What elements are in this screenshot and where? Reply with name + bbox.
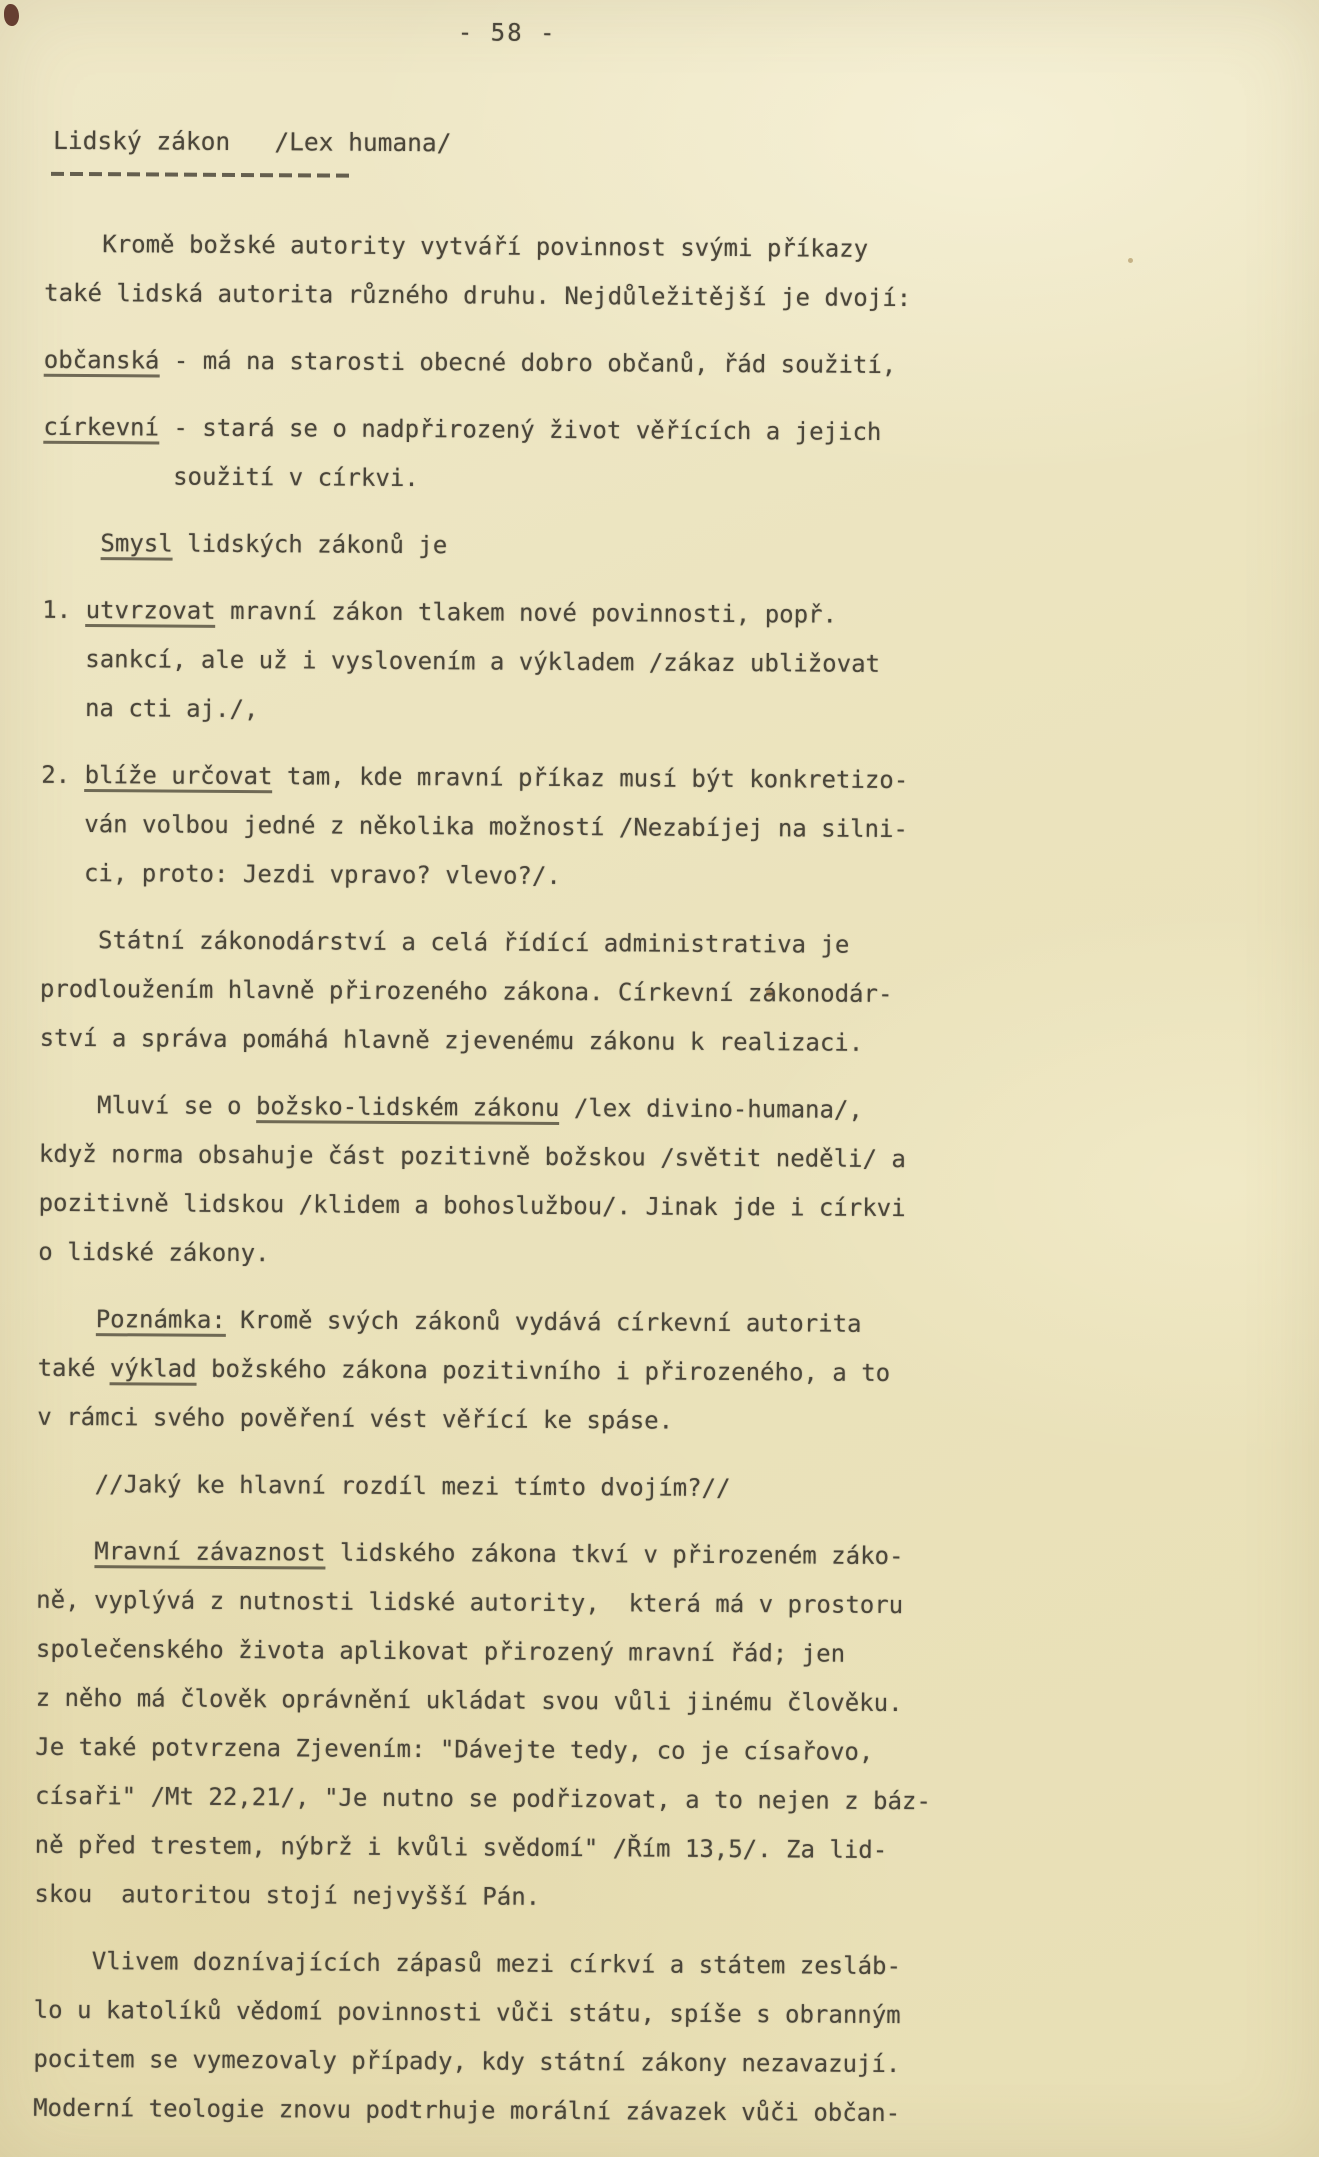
text-line: ství a správa pomáhá hlavně zjevenému zá… [40,1014,936,1068]
text-line: o lidské zákony. [38,1228,934,1282]
paragraph: církevní - stará se o nadpřirozený život… [43,403,939,506]
text-segment: ně, vyplývá z nutnosti lidské autority, … [36,1586,903,1619]
text-segment: také [38,1354,110,1382]
text-line: 2. blíže určovat tam, kde mravní příkaz … [41,751,937,805]
text-line: skou autoritou stojí nejvyšší Pán. [34,1870,930,1924]
paragraph: 1. utvrzovat mravní zákon tlakem nové po… [42,586,939,738]
title-underline [51,172,351,178]
text-segment: božského zákona pozitivního i přirozenéh… [197,1355,891,1387]
text-line: 1. utvrzovat mravní zákon tlakem nové po… [42,586,938,640]
text-line: také lidská autorita různého druhu. Nejd… [44,269,940,323]
text-segment: lo u katolíků vědomí povinnosti vůči stá… [34,1996,901,2029]
text-segment: když norma obsahuje část pozitivně božsk… [39,1140,906,1173]
text-segment: ství a správa pomáhá hlavně zjevenému zá… [40,1024,864,1057]
paragraph: //Jaký ke hlavní rozdíl mezi tímto dvojí… [37,1460,933,1514]
text-line: Státní zákonodárství a celá řídící admin… [40,916,936,970]
underlined-text: utvrzovat [86,596,216,628]
text-segment: lidského zákona tkví v přirozeném záko- [325,1539,903,1571]
paragraph: Smysl lidských zákonů je [43,519,939,573]
paragraph: Mravní závaznost lidského zákona tkví v … [34,1527,932,1924]
text-line: Je také potvrzena Zjevením: "Dávejte ted… [35,1723,931,1777]
text-segment: na cti aj./, [42,694,259,723]
text-segment: také lidská autorita různého druhu. Nejd… [44,279,911,312]
text-segment: //Jaký ke hlavní rozdíl mezi tímto dvojí… [37,1470,731,1502]
text-line: v rámci svého pověření vést věřící ke sp… [37,1393,933,1447]
text-line: Kromě božské autority vytváří povinnost … [44,220,940,274]
text-segment: společenského života aplikovat přirozený… [36,1635,845,1668]
text-line: prodloužením hlavně přirozeného zákona. … [40,965,936,1019]
text-line: Moderní teologie znovu podtrhuje morální… [33,2084,929,2138]
text-segment [43,529,101,557]
underlined-text: božsko-lidském zákonu [256,1092,560,1125]
text-segment: soužití v církvi. [43,462,419,492]
text-segment: ván volbou jedné z několika možností /Ne… [41,810,908,843]
underlined-text: Mravní závaznost [94,1537,325,1569]
text-line: sankcí, ale už i vyslovením a výkladem /… [42,635,938,689]
typewritten-content: - 58 - Lidský zákon /Lex humana/ Kromě b… [0,0,1319,2157]
text-line: soužití v církvi. [43,452,939,506]
text-line: také výklad božského zákona pozitivního … [37,1344,933,1398]
underlined-text: občanská [44,346,160,378]
text-segment: Moderní teologie znovu podtrhuje morální… [33,2094,900,2127]
text-segment: Kromě božské autority vytváří povinnost … [44,230,868,263]
text-line: ván volbou jedné z několika možností /Ne… [41,800,937,854]
text-line: Mravní závaznost lidského zákona tkví v … [36,1527,932,1581]
text-line: ci, proto: Jezdi vpravo? vlevo?/. [41,849,937,903]
underlined-text: výklad [110,1354,197,1386]
scanned-page: - 58 - Lidský zákon /Lex humana/ Kromě b… [0,0,1319,2157]
text-segment: Mluví se o [39,1091,256,1120]
text-segment: Státní zákonodárství a celá řídící admin… [40,926,849,959]
text-line: pozitivně lidskou /klidem a bohoslužbou/… [38,1179,934,1233]
text-segment: z něho má člověk oprávnění ukládat svou … [36,1684,903,1717]
text-segment: o lidské zákony. [38,1238,269,1267]
text-segment: sankcí, ale už i vyslovením a výkladem /… [42,645,880,678]
text-line: císaři" /Mt 22,21/, "Je nutno se podřizo… [35,1772,931,1826]
text-line: společenského života aplikovat přirozený… [36,1625,932,1679]
text-segment: 1. [42,596,86,624]
text-line: občanská - má na starosti obecné dobro o… [44,336,940,390]
text-segment: Vlivem doznívajících zápasů mezi církví … [34,1947,901,1980]
text-line: církevní - stará se o nadpřirozený život… [43,403,939,457]
text-segment: prodloužením hlavně přirozeného zákona. … [40,975,893,1008]
text-segment: lidských zákonů je [173,530,448,560]
text-segment [38,1305,96,1333]
text-segment: Kromě svých zákonů vydává církevní autor… [226,1306,862,1338]
text-segment: - má na starosti obecné dobro občanů, řá… [159,346,896,379]
text-segment: 2. [41,761,85,789]
paragraph: Mluví se o božsko-lidském zákonu /lex di… [38,1081,935,1282]
text-segment: pocitem se vymezovaly případy, kdy státn… [33,2045,900,2078]
underlined-text: církevní [43,413,159,445]
text-segment [36,1537,94,1565]
text-segment: v rámci svého pověření vést věřící ke sp… [37,1403,673,1435]
text-line: z něho má člověk oprávnění ukládat svou … [35,1674,931,1728]
text-segment: tam, kde mravní příkaz musí být konkreti… [272,762,908,794]
paragraph: Poznámka: Kromě svých zákonů vydává círk… [37,1295,934,1447]
paragraph: 2. blíže určovat tam, kde mravní příkaz … [41,751,938,903]
document-body: Kromě božské autority vytváří povinnost … [33,220,941,2138]
text-segment: ně před trestem, nýbrž i kvůli svědomí" … [35,1831,888,1864]
text-line: Poznámka: Kromě svých zákonů vydává círk… [38,1295,934,1349]
text-line: když norma obsahuje část pozitivně božsk… [39,1130,935,1184]
text-line: ně, vyplývá z nutnosti lidské autority, … [36,1576,932,1630]
text-segment: mravní zákon tlakem nové povinnosti, pop… [216,597,837,629]
page-number: - 58 - [458,12,557,53]
text-line: Smysl lidských zákonů je [43,519,939,573]
page-title: Lidský zákon /Lex humana/ [53,116,452,167]
text-line: Mluví se o božsko-lidském zákonu /lex di… [39,1081,935,1135]
text-segment: skou autoritou stojí nejvyšší Pán. [34,1880,540,1911]
text-segment: /lex divino-humana/, [559,1094,863,1124]
text-segment: pozitivně lidskou /klidem a bohoslužbou/… [39,1189,906,1222]
text-line: lo u katolíků vědomí povinnosti vůči stá… [34,1986,930,2040]
text-line: pocitem se vymezovaly případy, kdy státn… [33,2035,929,2089]
paragraph: Kromě božské autority vytváří povinnost … [44,220,940,323]
underlined-text: Smysl [100,529,172,560]
underlined-text: blíže určovat [85,761,273,793]
paragraph: občanská - má na starosti obecné dobro o… [44,336,940,390]
text-segment: císaři" /Mt 22,21/, "Je nutno se podřizo… [35,1782,931,1815]
text-line: na cti aj./, [42,684,938,738]
text-line: Vlivem doznívajících zápasů mezi církví … [34,1937,930,1991]
text-line: //Jaký ke hlavní rozdíl mezi tímto dvojí… [37,1460,933,1514]
paragraph: Vlivem doznívajících zápasů mezi církví … [33,1937,930,2138]
underlined-text: Poznámka: [96,1305,226,1337]
text-segment: Je také potvrzena Zjevením: "Dávejte ted… [35,1733,873,1766]
text-line: ně před trestem, nýbrž i kvůli svědomí" … [35,1821,931,1875]
paragraph: Státní zákonodárství a celá řídící admin… [40,916,937,1068]
text-segment: - stará se o nadpřirozený život věřících… [159,413,882,445]
text-segment: ci, proto: Jezdi vpravo? vlevo?/. [41,859,561,890]
